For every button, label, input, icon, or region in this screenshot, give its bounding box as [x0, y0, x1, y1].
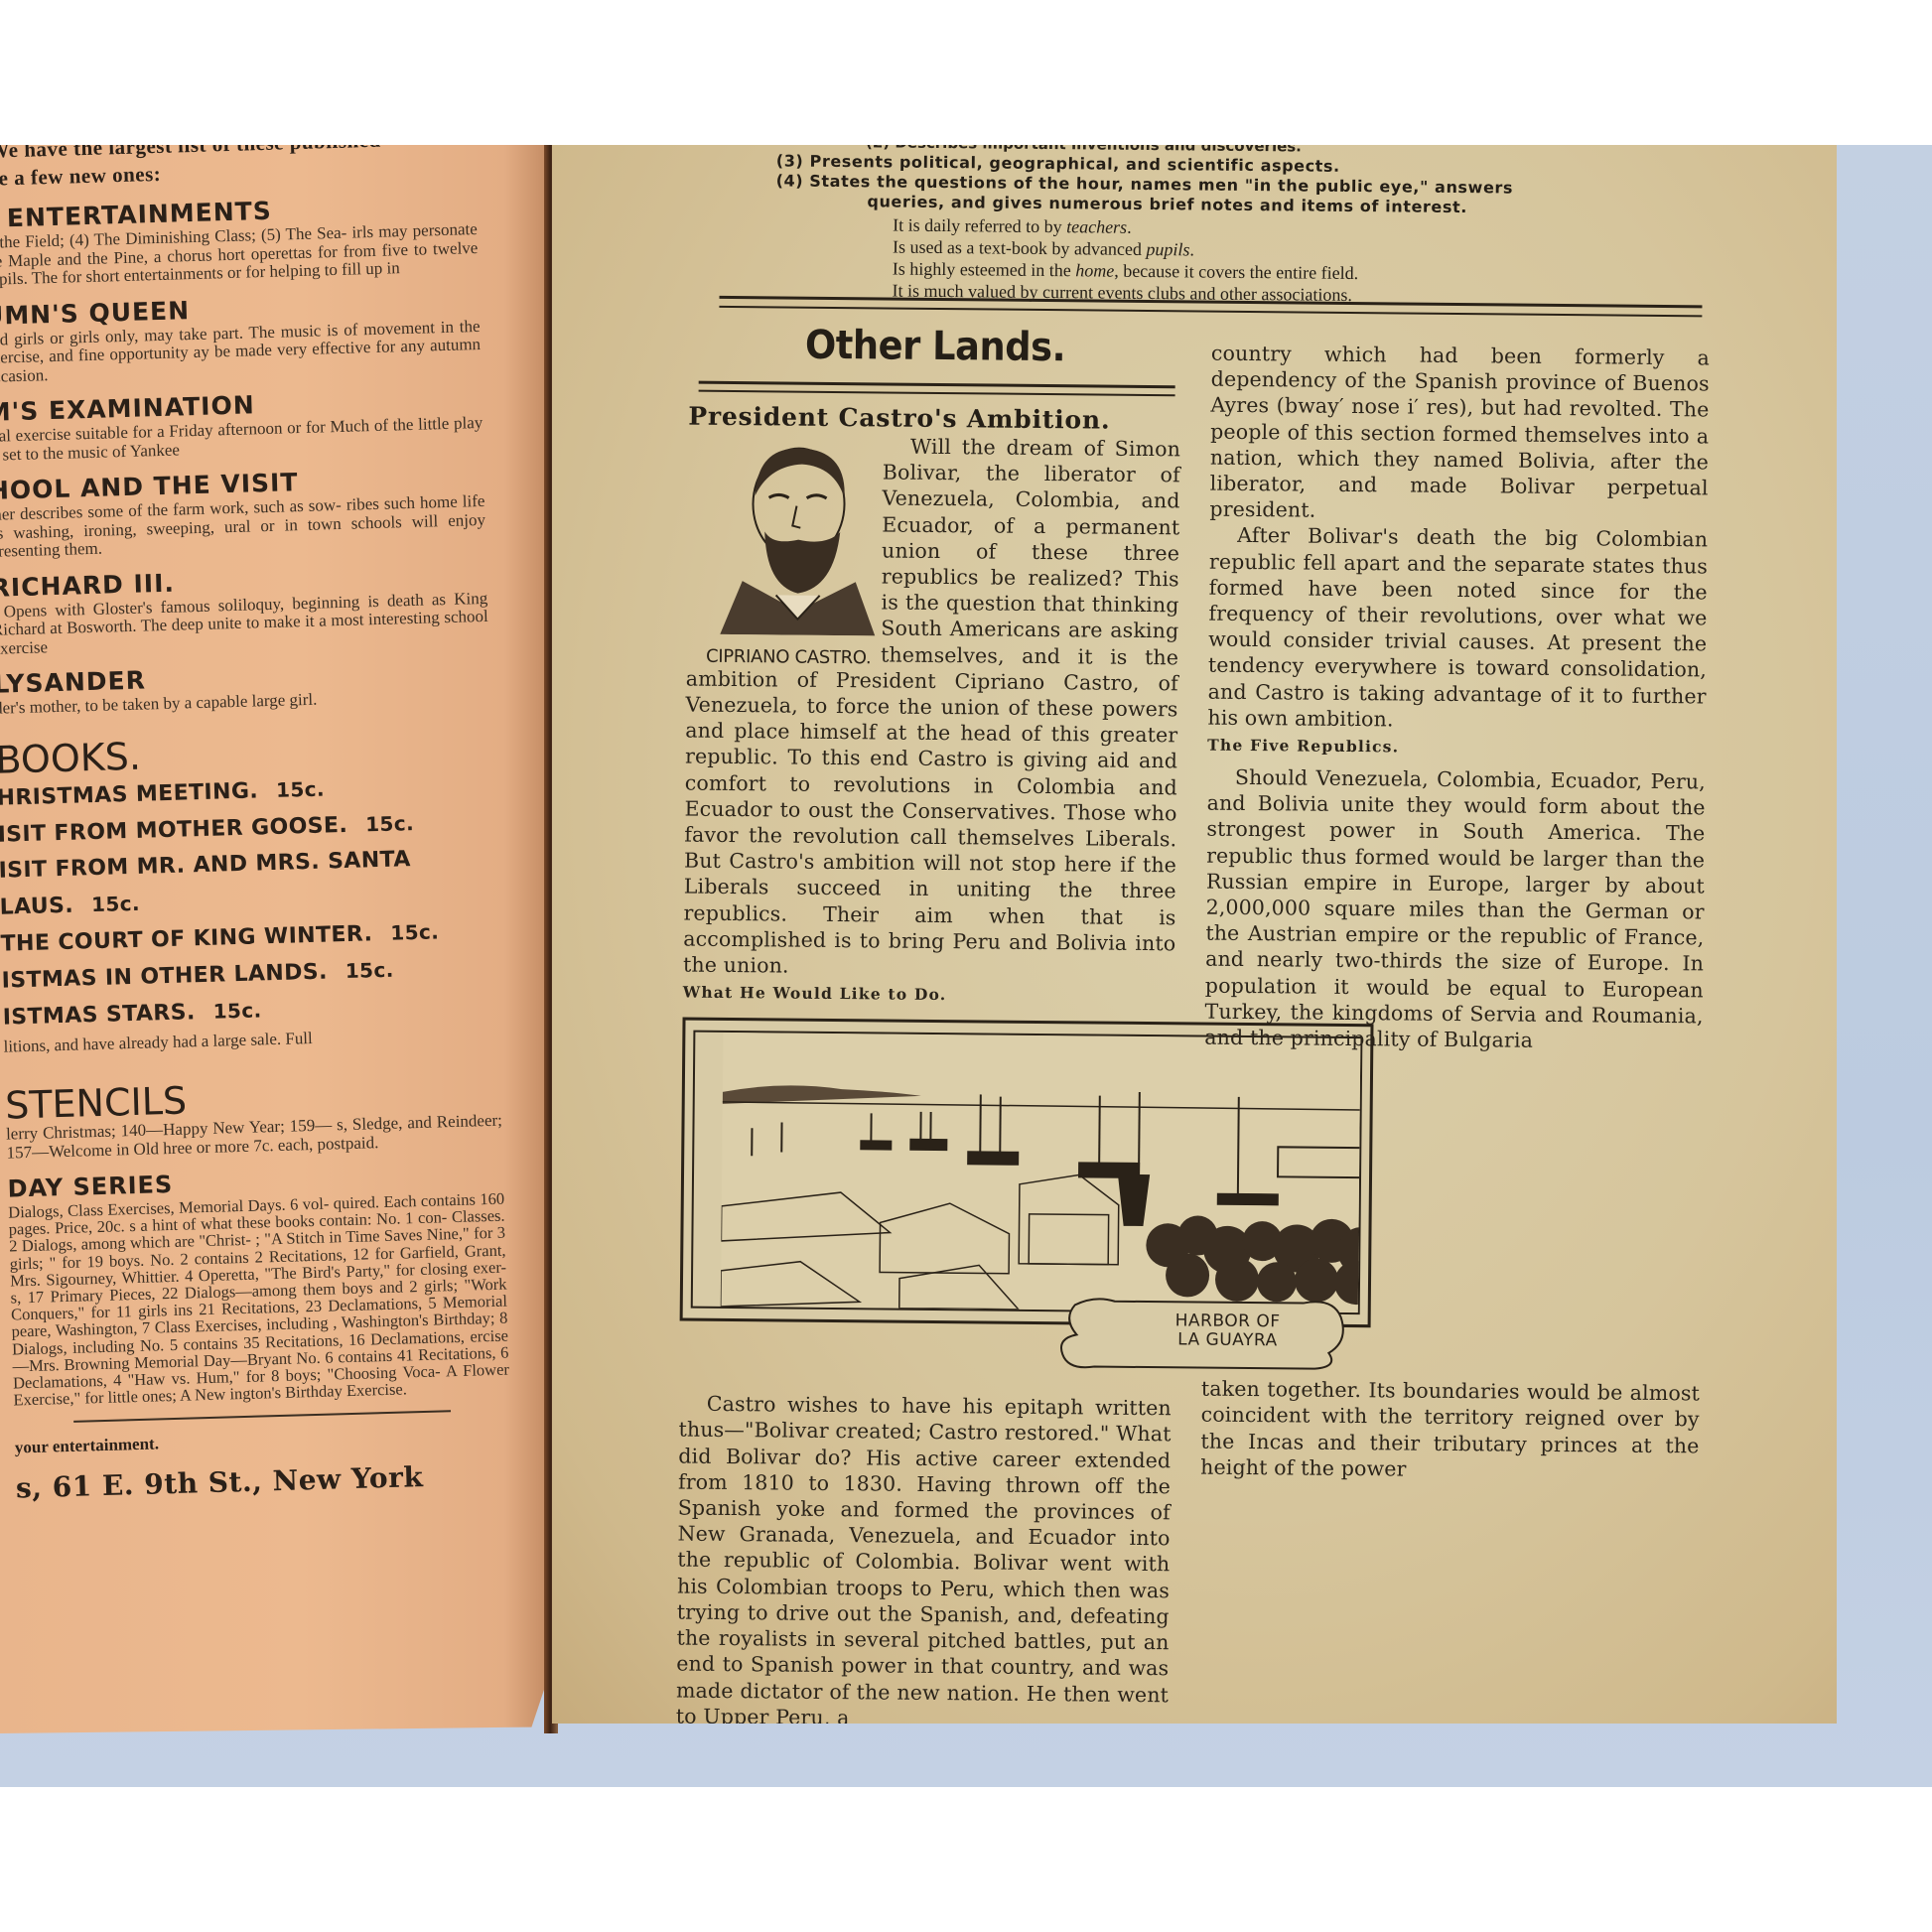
book-title: ISIT FROM MOTHER GOOSE.: [0, 812, 347, 847]
entertainment-sections: L ENTERTAINMENTSin the Field; (4) The Di…: [0, 191, 490, 718]
entertainment-line: your entertainment.: [15, 1425, 511, 1458]
book-price: 15c.: [365, 811, 415, 836]
paragraph: After Bolivar's death the big Colombian …: [1207, 522, 1708, 735]
portrait-icon: [706, 436, 887, 636]
book-title: THE COURT OF KING WINTER.: [0, 921, 372, 956]
book-title: ISTMAS IN OTHER LANDS.: [1, 959, 328, 993]
book-item: ISIT FROM MR. AND MRS. SANTA LAUS.15c.: [0, 839, 496, 925]
article-body-left: CIPRIANO CASTRO. Will the dream of Simon…: [676, 432, 1181, 1724]
paragraph-text: Castro wishes to have his epitaph writte…: [676, 1392, 1172, 1724]
intro-text: We have the largest list of these publis…: [0, 145, 476, 193]
left-page-content: We have the largest list of these publis…: [0, 145, 512, 1505]
publisher-address: s, 61 E. 9th St., New York: [16, 1458, 513, 1505]
book-title: ISIT FROM MR. AND MRS. SANTA LAUS.: [0, 847, 411, 920]
divider: [73, 1411, 451, 1424]
magazine-promo: (2) Describes important inventions and d…: [775, 145, 1711, 307]
paragraph: CIPRIANO CASTRO. Will the dream of Simon…: [683, 432, 1180, 983]
portrait-caption: CIPRIANO CASTRO.: [678, 643, 877, 671]
section-title: Other Lands.: [709, 320, 1163, 373]
right-page-content: (2) Describes important inventions and d…: [552, 145, 1837, 1724]
article-title: President Castro's Ambition.: [688, 402, 1180, 437]
subhead-what-he-would-like: What He Would Like to Do.: [683, 982, 1175, 1009]
section-body: in the Field; (4) The Diminishing Class;…: [0, 220, 479, 289]
castro-portrait: CIPRIANO CASTRO.: [678, 435, 873, 665]
section-body: mer describes some of the farm work, suc…: [0, 492, 486, 561]
article-body-right: country which had been formerly a depend…: [1200, 341, 1710, 1485]
section-body: . Opens with Gloster's famous soliloquy,…: [0, 589, 488, 657]
book-price: 15c.: [212, 998, 262, 1023]
section-body: and girls or girls only, may take part. …: [0, 317, 482, 385]
books-list: HRISTMAS MEETING.15c.ISIT FROM MOTHER GO…: [0, 765, 499, 1035]
book-price: 15c.: [390, 919, 440, 944]
day-series-body: Dialogs, Class Exercises, Memorial Days.…: [8, 1190, 510, 1409]
book-title: ISTMAS STARS.: [2, 1000, 196, 1030]
book-price: 15c.: [345, 957, 394, 982]
paragraph: Should Venezuela, Colombia, Ecuador, Per…: [1204, 764, 1706, 1055]
subhead-five-republics: The Five Republics.: [1207, 735, 1706, 761]
right-page: (2) Describes important inventions and d…: [552, 145, 1837, 1724]
title-double-rule: [699, 381, 1175, 397]
book-price: 15c.: [276, 776, 326, 801]
paragraph: country which had been formerly a depend…: [1209, 341, 1710, 527]
article-right-column: country which had been formerly a depend…: [1200, 341, 1710, 1485]
paragraph: HARBOR OF LA GUAYRA Castro wishes to hav…: [676, 1008, 1175, 1724]
paragraph: taken together. Its boundaries would be …: [1200, 1376, 1700, 1485]
book-title: HRISTMAS MEETING.: [0, 778, 258, 810]
uses-list: It is daily referred to by teachers.Is u…: [775, 214, 1710, 307]
left-page: We have the largest list of these publis…: [0, 145, 548, 1733]
book-price: 15c.: [91, 891, 141, 915]
article-left-column: Other Lands. President Castro's Ambition…: [676, 320, 1182, 1724]
